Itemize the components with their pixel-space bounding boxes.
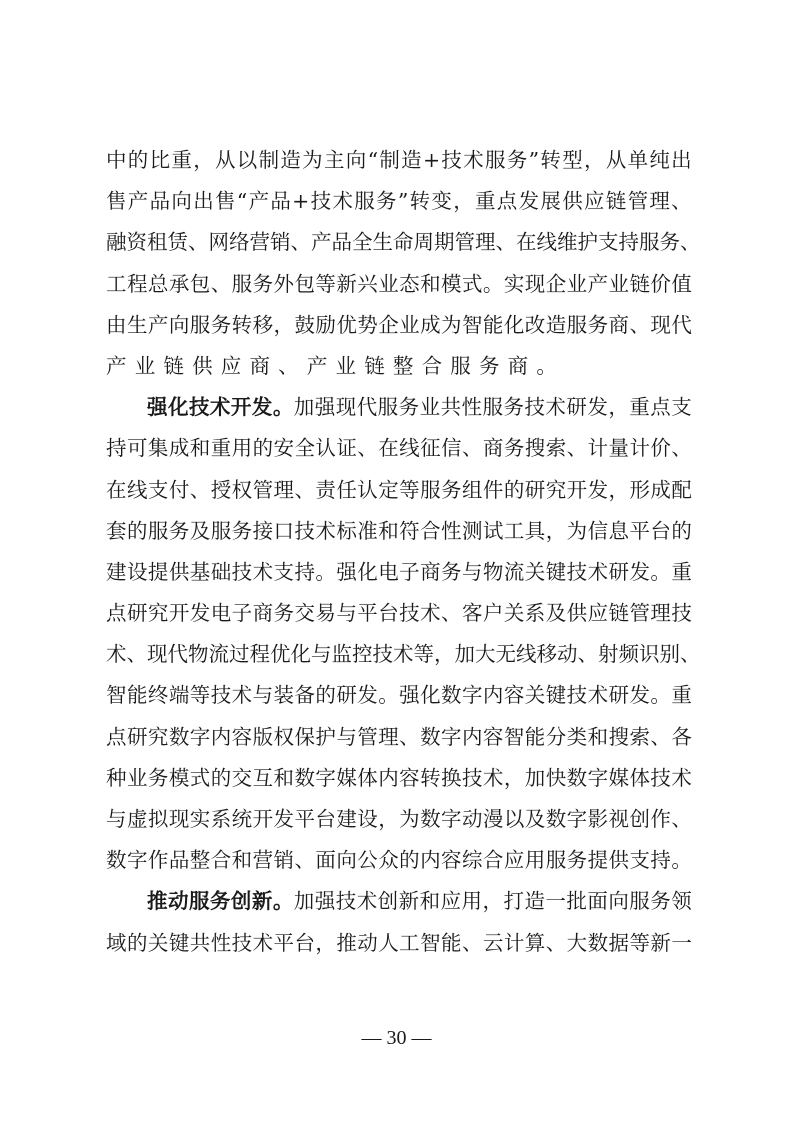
text-line: 智能终端等技术与装备的研发。强化数字内容关键技术研发。重: [106, 675, 692, 716]
text-line: 产业链供应商、产业链整合服务商。: [106, 346, 692, 387]
text-line: 工程总承包、服务外包等新兴业态和模式。实现企业产业链价值: [106, 264, 692, 305]
text-line: 中的比重，从以制造为主向“制造+技术服务”转型，从单纯出: [106, 140, 692, 181]
text-line: 数字作品整合和营销、面向公众的内容综合应用服务提供支持。: [106, 840, 692, 881]
text-line: 域的关键共性技术平台，推动人工智能、云计算、大数据等新一: [106, 923, 692, 964]
text-line: 由生产向服务转移，鼓励优势企业成为智能化改造服务商、现代: [106, 305, 692, 346]
text-line: 持可集成和重用的安全认证、在线征信、商务搜索、计量计价、: [106, 428, 692, 469]
text-line: 在线支付、授权管理、责任认定等服务组件的研究开发，形成配: [106, 470, 692, 511]
text-line: 点研究数字内容版权保护与管理、数字内容智能分类和搜索、各: [106, 717, 692, 758]
body-text: 中的比重，从以制造为主向“制造+技术服务”转型，从单纯出售产品向出售“产品+技术…: [106, 140, 692, 964]
text-line: 种业务模式的交互和数字媒体内容转换技术，加快数字媒体技术: [106, 758, 692, 799]
paragraph-first-line: 推动服务创新。加强技术创新和应用，打造一批面向服务领: [106, 881, 692, 922]
text-line: 套的服务及服务接口技术标准和符合性测试工具，为信息平台的: [106, 511, 692, 552]
page-number: — 30 —: [0, 1027, 793, 1050]
text-line: 售产品向出售“产品+技术服务”转变，重点发展供应链管理、: [106, 181, 692, 222]
document-page: 中的比重，从以制造为主向“制造+技术服务”转型，从单纯出售产品向出售“产品+技术…: [0, 0, 793, 1122]
paragraph-first-line: 强化技术开发。加强现代服务业共性服务技术研发，重点支: [106, 387, 692, 428]
text-line: 点研究开发电子商务交易与平台技术、客户关系及供应链管理技: [106, 593, 692, 634]
text-line: 术、现代物流过程优化与监控技术等，加大无线移动、射频识别、: [106, 634, 692, 675]
text-line: 融资租赁、网络营销、产品全生命周期管理、在线维护支持服务、: [106, 222, 692, 263]
text-line: 建设提供基础技术支持。强化电子商务与物流关键技术研发。重: [106, 552, 692, 593]
text-line: 与虚拟现实系统开发平台建设，为数字动漫以及数字影视创作、: [106, 799, 692, 840]
